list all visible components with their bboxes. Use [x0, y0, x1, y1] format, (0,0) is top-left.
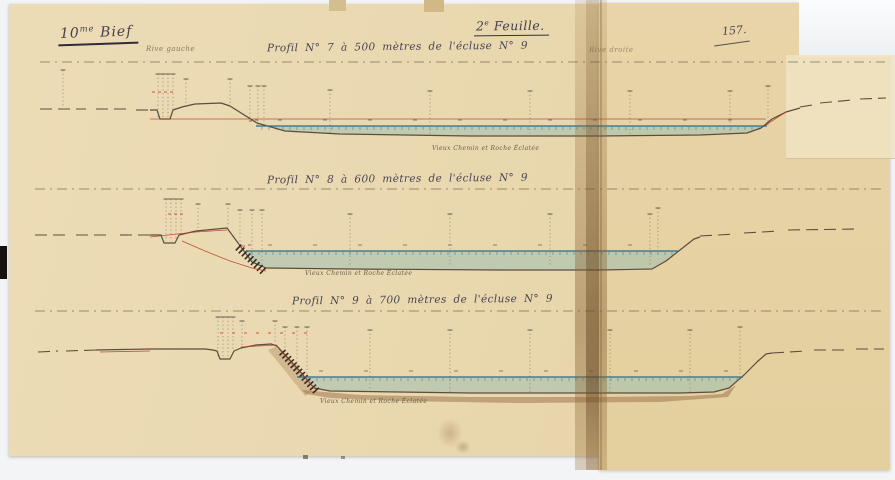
sheet-seam	[600, 0, 602, 470]
left-bank-label: Rive gauche	[146, 45, 195, 53]
paper-patch	[786, 55, 895, 159]
feuille-label: 2e Feuille.	[474, 18, 549, 37]
bief-suffix: me	[79, 23, 94, 34]
profile-9-caption: Vieux Chemin et Roche Éclatée	[320, 398, 427, 405]
paper-speck	[341, 456, 345, 459]
edge-black-mark	[0, 246, 7, 279]
tape-fragment	[329, 0, 346, 11]
feuille-word: Feuille.	[494, 18, 545, 33]
ink-blot	[455, 440, 471, 454]
bief-label: 10me Bief	[58, 22, 139, 46]
scanned-sheet: 10me Bief 2e Feuille. 157. Rive gauche R…	[0, 0, 895, 480]
tape-stain-core	[586, 0, 599, 470]
feuille-suffix: e	[484, 18, 489, 27]
bief-word: Bief	[100, 23, 133, 40]
bief-number: 10	[60, 25, 80, 42]
paper-speck	[303, 455, 308, 459]
torn-corner-white	[799, 0, 895, 57]
tape-fragment	[424, 0, 444, 12]
profile-8-caption: Vieux Chemin et Roche Éclatée	[305, 270, 412, 277]
folio-number: 157.	[721, 23, 747, 38]
profile-7-caption: Vieux Chemin et Roche Éclatée	[432, 145, 539, 152]
